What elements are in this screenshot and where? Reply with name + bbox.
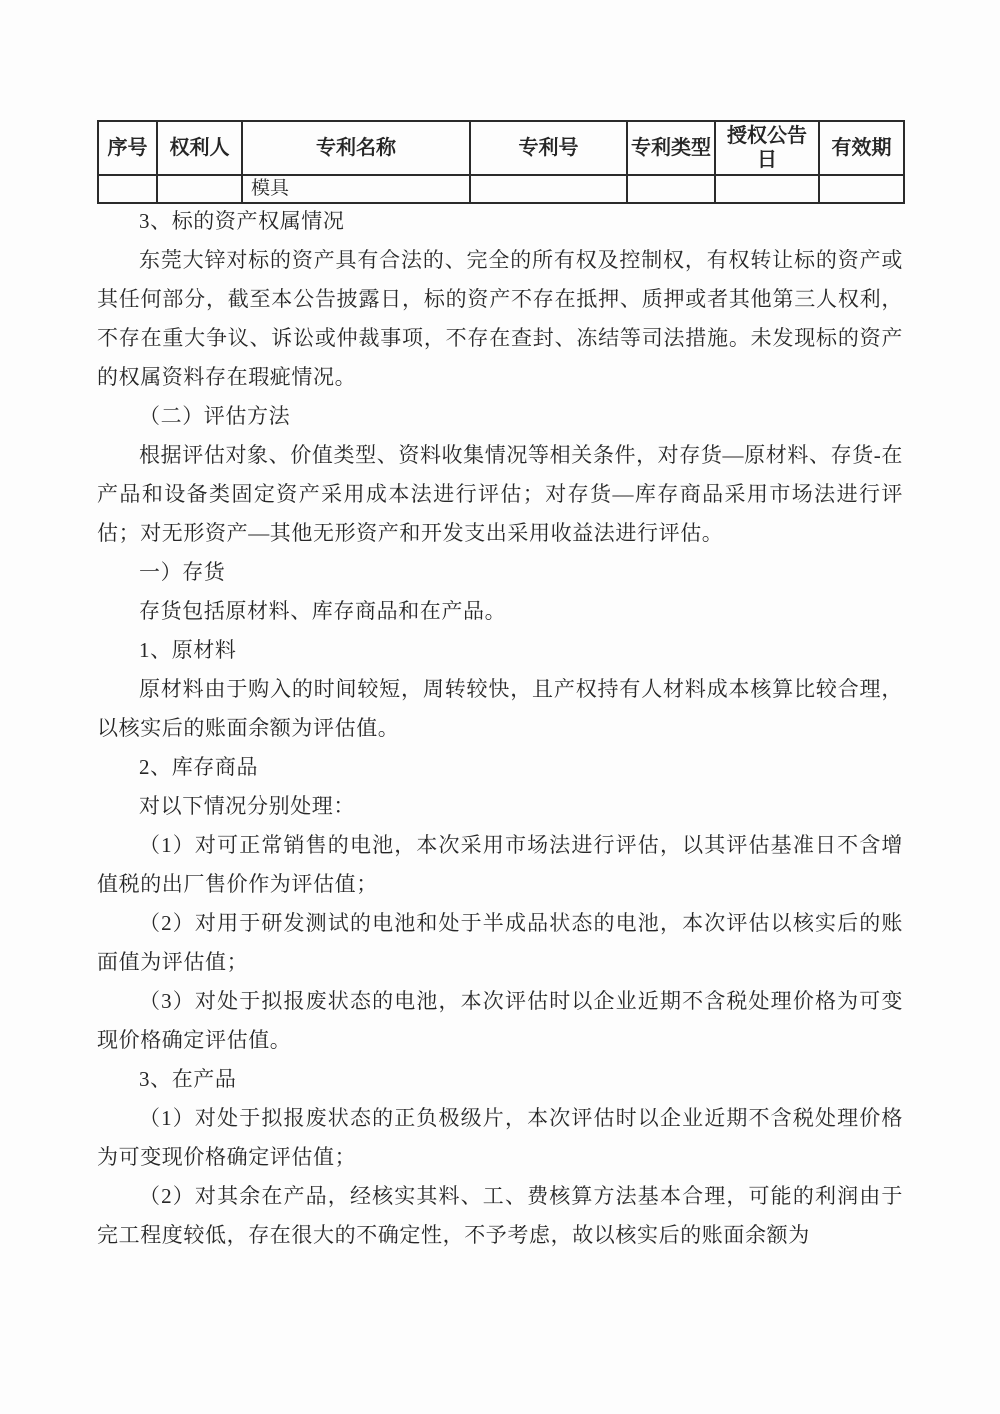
paragraph: （1）对可正常销售的电池，本次采用市场法进行评估，以其评估基准日不含增值税的出厂…: [97, 826, 903, 904]
paragraph: 东莞大锌对标的资产具有合法的、完全的所有权及控制权，有权转让标的资产或其任何部分…: [97, 241, 903, 397]
paragraph: （2）对用于研发测试的电池和处于半成品状态的电池，本次评估以核实后的账面值为评估…: [97, 904, 903, 982]
paragraph: 存货包括原材料、库存商品和在产品。: [97, 592, 903, 631]
patent-table-header-row: 序号 权利人 专利名称 专利号 专利类型 授权公告日 有效期: [98, 121, 904, 175]
patent-table-header-cell: 序号: [98, 121, 157, 175]
patent-table-data-row: 模具: [98, 175, 904, 203]
document-page: 序号 权利人 专利名称 专利号 专利类型 授权公告日 有效期: [0, 0, 1000, 1414]
patent-table-header-cell: 有效期: [819, 121, 904, 175]
paragraph: 2、库存商品: [97, 748, 903, 787]
paragraph: （1）对处于拟报废状态的正负极级片，本次评估时以企业近期不含税处理价格为可变现价…: [97, 1099, 903, 1177]
patent-table-header-cell: 专利号: [470, 121, 627, 175]
paragraph: 3、标的资产权属情况: [97, 202, 903, 241]
paragraph: （2）对其余在产品，经核实其料、工、费核算方法基本合理，可能的利润由于完工程度较…: [97, 1177, 903, 1255]
patent-table-cell: [470, 175, 627, 203]
paragraph: 3、在产品: [97, 1060, 903, 1099]
patent-table-cell: [627, 175, 715, 203]
patent-table-header-cell: 权利人: [157, 121, 242, 175]
document-body-text: 3、标的资产权属情况 东莞大锌对标的资产具有合法的、完全的所有权及控制权，有权转…: [97, 202, 903, 1255]
patent-table-cell: [715, 175, 819, 203]
patent-table-cell: 模具: [242, 175, 470, 203]
paragraph: 一）存货: [97, 553, 903, 592]
paragraph: （二）评估方法: [97, 397, 903, 436]
patent-table-cell: [157, 175, 242, 203]
patent-table-header-cell: 专利类型: [627, 121, 715, 175]
paragraph: 对以下情况分别处理：: [97, 787, 903, 826]
patent-table-cell: [98, 175, 157, 203]
patent-table-header-cell: 专利名称: [242, 121, 470, 175]
patent-table-cell: [819, 175, 904, 203]
paragraph: （3）对处于拟报废状态的电池，本次评估时以企业近期不含税处理价格为可变现价格确定…: [97, 982, 903, 1060]
paragraph: 1、原材料: [97, 631, 903, 670]
paragraph: 根据评估对象、价值类型、资料收集情况等相关条件，对存货—原材料、存货-在产品和设…: [97, 436, 903, 553]
patent-table-header-cell: 授权公告日: [715, 121, 819, 175]
patent-table: 序号 权利人 专利名称 专利号 专利类型 授权公告日 有效期: [97, 120, 905, 204]
paragraph: 原材料由于购入的时间较短，周转较快，且产权持有人材料成本核算比较合理，以核实后的…: [97, 670, 903, 748]
